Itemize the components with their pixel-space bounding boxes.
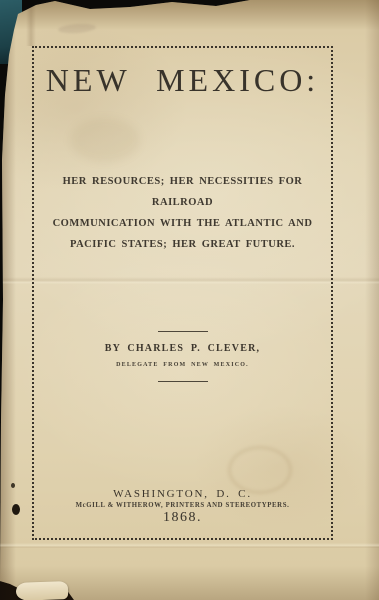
author-byline: BY CHARLES P. CLEVER, bbox=[34, 343, 331, 354]
wormhole-mark bbox=[11, 483, 15, 488]
imprint-year: 1868. bbox=[34, 510, 331, 526]
wormhole-mark bbox=[12, 504, 20, 515]
torn-paper-flap bbox=[16, 581, 69, 600]
paper-crease bbox=[0, 543, 379, 548]
page-title: NEW MEXICO: bbox=[34, 63, 331, 97]
divider-rule-top bbox=[158, 331, 208, 332]
divider-rule-bottom bbox=[158, 381, 208, 382]
pamphlet-title-page: NEW MEXICO: HER RESOURCES; HER NECESSITI… bbox=[0, 0, 379, 600]
subtitle: HER RESOURCES; HER NECESSITIES FOR RAILR… bbox=[34, 171, 331, 255]
subtitle-line-2: COMMUNICATION WITH THE ATLANTIC AND bbox=[34, 213, 331, 234]
pencil-smudge bbox=[58, 23, 97, 35]
imprint-city: WASHINGTON, D. C. bbox=[34, 488, 331, 500]
author-role: DELEGATE FROM NEW MEXICO. bbox=[34, 362, 331, 368]
scanned-cover-photo: NEW MEXICO: HER RESOURCES; HER NECESSITI… bbox=[0, 0, 379, 600]
paper-crease bbox=[26, 0, 36, 46]
paper-edge-shading-top bbox=[0, 0, 379, 30]
dotted-border-frame: NEW MEXICO: HER RESOURCES; HER NECESSITI… bbox=[32, 46, 333, 540]
paper-edge-shading-right bbox=[365, 0, 379, 600]
subtitle-line-3: PACIFIC STATES; HER GREAT FUTURE. bbox=[34, 234, 331, 255]
subtitle-line-1: HER RESOURCES; HER NECESSITIES FOR RAILR… bbox=[34, 171, 331, 213]
imprint-printer: McGILL & WITHEROW, PRINTERS AND STEREOTY… bbox=[34, 502, 331, 509]
